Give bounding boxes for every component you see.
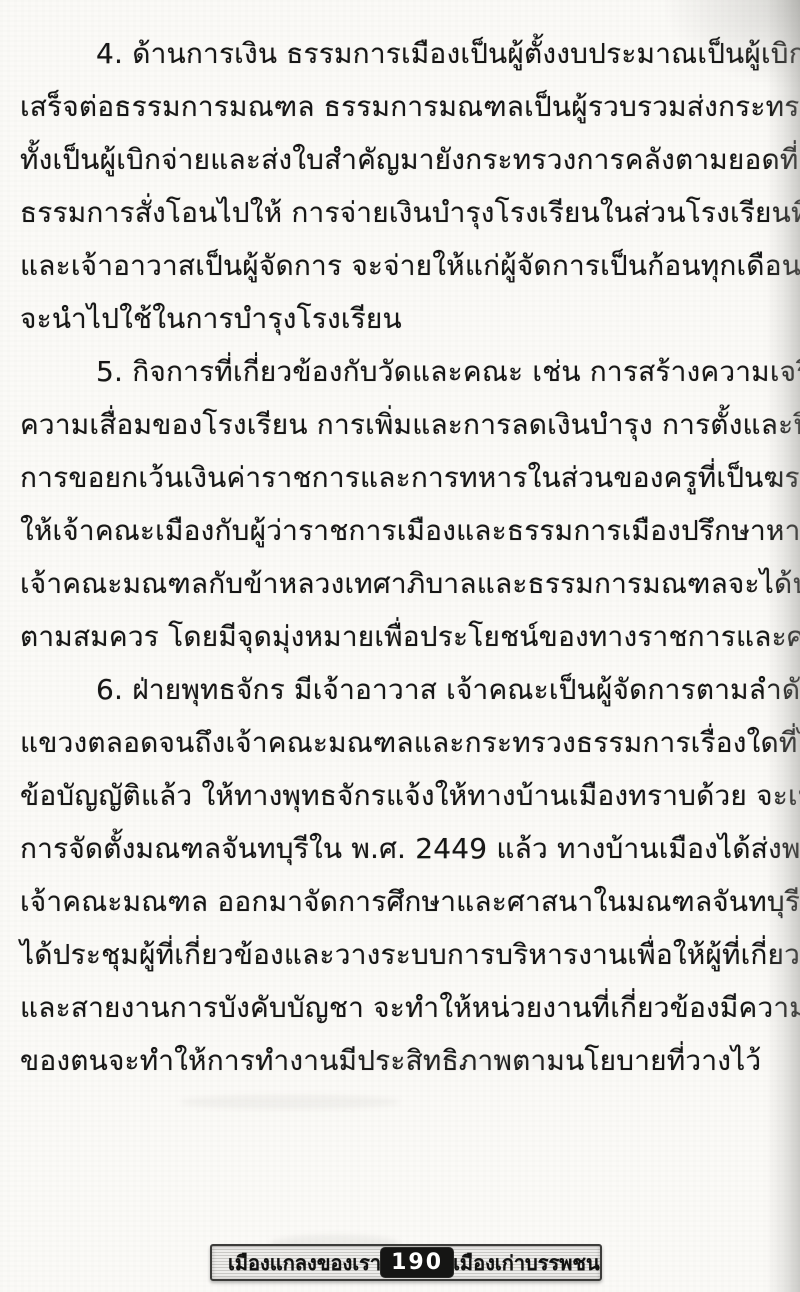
text-line: และเจ้าอาวาสเป็นผู้จัดการ จะจ่ายให้แก่ผู…: [20, 239, 786, 292]
text-line: ได้ประชุมผู้ที่เกี่ยวข้องและวางระบบการบร…: [20, 928, 786, 981]
paragraph-5-temple-affairs: 5. กิจการที่เกี่ยวข้องกับวัดและคณะ เช่น …: [20, 345, 786, 663]
text-line: การจัดตั้งมณฑลจันทบุรีใน พ.ศ. 2449 แล้ว …: [20, 822, 786, 875]
footer-book-title: เมืองแกลงของเรา: [228, 1247, 381, 1279]
text-line: จะนำไปใช้ในการบำรุงโรงเรียน: [20, 292, 786, 345]
text-line: เสร็จต่อธรรมการมณฑล ธรรมการมณฑลเป็นผู้รว…: [20, 80, 786, 133]
page-number: 190: [391, 1250, 443, 1275]
text-line: ความเสื่อมของโรงเรียน การเพิ่มและการลดเง…: [20, 398, 786, 451]
text-line: แขวงตลอดจนถึงเจ้าคณะมณฑลและกระทรวงธรรมกา…: [20, 716, 786, 769]
text-line: ข้อบัญญัติแล้ว ให้ทางพุทธจักรแจ้งให้ทางบ…: [20, 769, 786, 822]
text-line: 5. กิจการที่เกี่ยวข้องกับวัดและคณะ เช่น …: [20, 345, 786, 398]
text-line: การขอยกเว้นเงินค่าราชการและการทหารในส่วน…: [20, 451, 786, 504]
text-line: 4. ด้านการเงิน ธรรมการเมืองเป็นผู้ตั้งงบ…: [20, 27, 786, 80]
page-body-text: 4. ด้านการเงิน ธรรมการเมืองเป็นผู้ตั้งงบ…: [20, 27, 786, 1087]
paragraph-6-buddhist-order: 6. ฝ่ายพุทธจักร มีเจ้าอาวาส เจ้าคณะเป็นผ…: [20, 663, 786, 1087]
text-line: เจ้าคณะมณฑล ออกมาจัดการศึกษาและศาสนาในมณ…: [20, 875, 786, 928]
pencil-smudge: [180, 1095, 400, 1109]
footer-section-title: เมืองเก่าบรรพชน: [453, 1247, 600, 1279]
text-line: ตามสมควร โดยมีจุดมุ่งหมายเพื่อประโยชน์ขอ…: [20, 610, 786, 663]
text-line: ธรรมการสั่งโอนไปให้ การจ่ายเงินบำรุงโรงเ…: [20, 186, 786, 239]
footer-bar: เมืองแกลงของเรา 190 เมืองเก่าบรรพชน: [210, 1244, 602, 1281]
paragraph-4-finance: 4. ด้านการเงิน ธรรมการเมืองเป็นผู้ตั้งงบ…: [20, 27, 786, 345]
text-line: และสายงานการบังคับบัญชา จะทำให้หน่วยงานท…: [20, 981, 786, 1034]
text-line: เจ้าคณะมณฑลกับข้าหลวงเทศาภิบาลและธรรมการ…: [20, 557, 786, 610]
scanned-book-page: 4. ด้านการเงิน ธรรมการเมืองเป็นผู้ตั้งงบ…: [0, 0, 800, 1292]
page-number-badge: 190: [381, 1248, 453, 1277]
text-line: ให้เจ้าคณะเมืองกับผู้ว่าราชการเมืองและธร…: [20, 504, 786, 557]
text-line: 6. ฝ่ายพุทธจักร มีเจ้าอาวาส เจ้าคณะเป็นผ…: [20, 663, 786, 716]
text-line: ของตนจะทำให้การทำงานมีประสิทธิภาพตามนโยบ…: [20, 1034, 786, 1087]
text-line: ทั้งเป็นผู้เบิกจ่ายและส่งใบสำคัญมายังกระ…: [20, 133, 786, 186]
